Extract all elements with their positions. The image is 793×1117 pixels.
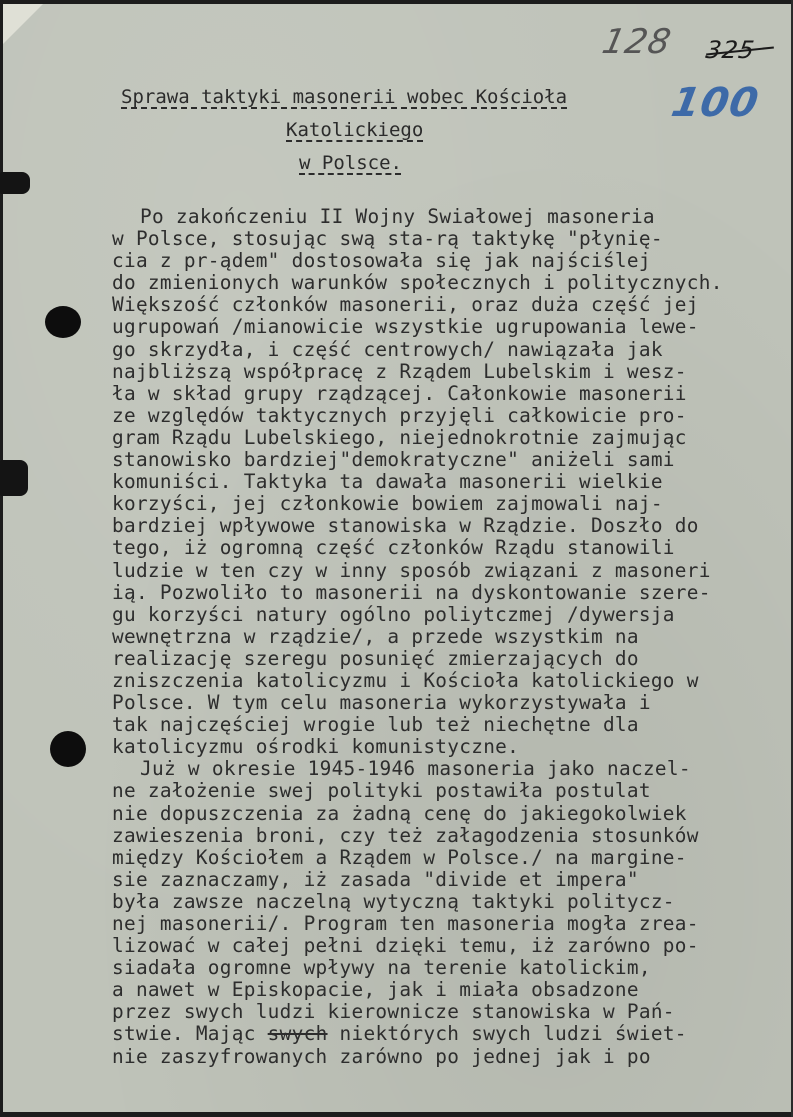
text-line: korzyści, jej członkowie bowiem zajmowal… bbox=[112, 493, 793, 515]
text-line: gram Rządu Lubelskiego, niejednokrotnie … bbox=[112, 427, 793, 449]
text-line: była zawsze naczelną wytyczną taktyki po… bbox=[112, 891, 793, 913]
text-line: Już w okresie 1945-1946 masoneria jako n… bbox=[112, 758, 793, 780]
scan-border-bottom bbox=[0, 1112, 793, 1117]
document-body: Po zakończeniu II Wojny Swiałowej masone… bbox=[112, 206, 793, 1068]
text-line: gu korzyści natury ogólno poliytczmej /d… bbox=[112, 604, 793, 626]
document-title-line-2: Katolickiego bbox=[286, 119, 423, 141]
folded-corner bbox=[3, 4, 43, 44]
text-line: Polsce. W tym celu masoneria wykorzystyw… bbox=[112, 692, 793, 714]
text-line: go skrzydła, i część centrowych/ nawiąza… bbox=[112, 339, 793, 361]
folio-number-blue: 100 bbox=[668, 80, 763, 126]
text-line: do zmienionych warunków społecznych i po… bbox=[112, 272, 793, 294]
text-line: ugrupowań /mianowicie wszystkie ugrupowa… bbox=[112, 316, 793, 338]
document-title-line-3: w Polsce. bbox=[299, 152, 402, 174]
text-line: siadała ogromne wpływy na terenie katoli… bbox=[112, 957, 793, 979]
text-line: zawieszenia broni, czy też załagodzenia … bbox=[112, 825, 793, 847]
punch-hole-lower bbox=[50, 731, 86, 767]
text-line: w Polsce, stosując swą sta-rą taktykę "p… bbox=[112, 228, 793, 250]
text-line: ne założenie swej polityki postawiła pos… bbox=[112, 780, 793, 802]
punch-hole-upper bbox=[45, 306, 81, 338]
binding-mark-middle bbox=[0, 460, 28, 496]
text-line: a nawet w Episkopacie, jak i miała obsad… bbox=[112, 979, 793, 1001]
text-line: zniszczenia katolicyzmu i Kościoła katol… bbox=[112, 670, 793, 692]
folio-number-pencil: 128 bbox=[599, 22, 675, 62]
text-line: ła w skład grupy rządzącej. Całonkowie m… bbox=[112, 383, 793, 405]
text-line: między Kościołem a Rządem w Polsce./ na … bbox=[112, 847, 793, 869]
text-line: przez swych ludzi kierownicze stanowiska… bbox=[112, 1001, 793, 1023]
scan-border-left bbox=[0, 0, 3, 1117]
text-line: ze względów taktycznych przyjęli całkowi… bbox=[112, 405, 793, 427]
binding-mark-top bbox=[0, 172, 30, 194]
text-line: tak najczęściej wrogie lub też niechętne… bbox=[112, 714, 793, 736]
text-segment: stwie. Mając bbox=[112, 1022, 268, 1045]
text-line: najbliższą współpracę z Rządem Lubelskim… bbox=[112, 361, 793, 383]
text-line: tego, iż ogromną część członków Rządu st… bbox=[112, 537, 793, 559]
struck-word: swych bbox=[268, 1022, 328, 1045]
text-line: sie zaznaczamy, iż zasada "divide et imp… bbox=[112, 869, 793, 891]
text-line: cia z pr-ądem" dostosowała się jak najśc… bbox=[112, 250, 793, 272]
text-line: ią. Pozwoliło to masonerii na dyskontowa… bbox=[112, 582, 793, 604]
text-line: nie dopuszczenia za żadną cenę do jakieg… bbox=[112, 803, 793, 825]
text-line: nie zaszyfrowanych zarówno po jednej jak… bbox=[112, 1046, 793, 1068]
text-line: lizować w całej pełni dzięki temu, iż za… bbox=[112, 935, 793, 957]
scan-border-top bbox=[0, 0, 793, 4]
text-line: nej masonerii/. Program ten masoneria mo… bbox=[112, 913, 793, 935]
text-line: realizację szeregu posunięć zmierzającyc… bbox=[112, 648, 793, 670]
text-line: Po zakończeniu II Wojny Swiałowej masone… bbox=[112, 206, 793, 228]
text-line: katolicyzmu ośrodki komunistyczne. bbox=[112, 736, 793, 758]
text-line: Większość członków masonerii, oraz duża … bbox=[112, 294, 793, 316]
text-line: stanowisko bardziej"demokratyczne" aniże… bbox=[112, 449, 793, 471]
text-segment: niektórych swych ludzi świet- bbox=[328, 1022, 687, 1045]
text-line: wewnętrzna w rządzie/, a przede wszystki… bbox=[112, 626, 793, 648]
document-title-line-1: Sprawa taktyki masonerii wobec Kościoła bbox=[121, 86, 567, 108]
text-line: ludzie w ten czy w inny sposób związani … bbox=[112, 560, 793, 582]
text-line: bardziej wpływowe stanowiska w Rządzie. … bbox=[112, 515, 793, 537]
text-line-with-strikethrough: stwie. Mając swych niektórych swych ludz… bbox=[112, 1023, 793, 1045]
text-line: komuniści. Taktyka ta dawała masonerii w… bbox=[112, 471, 793, 493]
scanned-document-page: 128 325 100 Sprawa taktyki masonerii wob… bbox=[0, 0, 793, 1117]
